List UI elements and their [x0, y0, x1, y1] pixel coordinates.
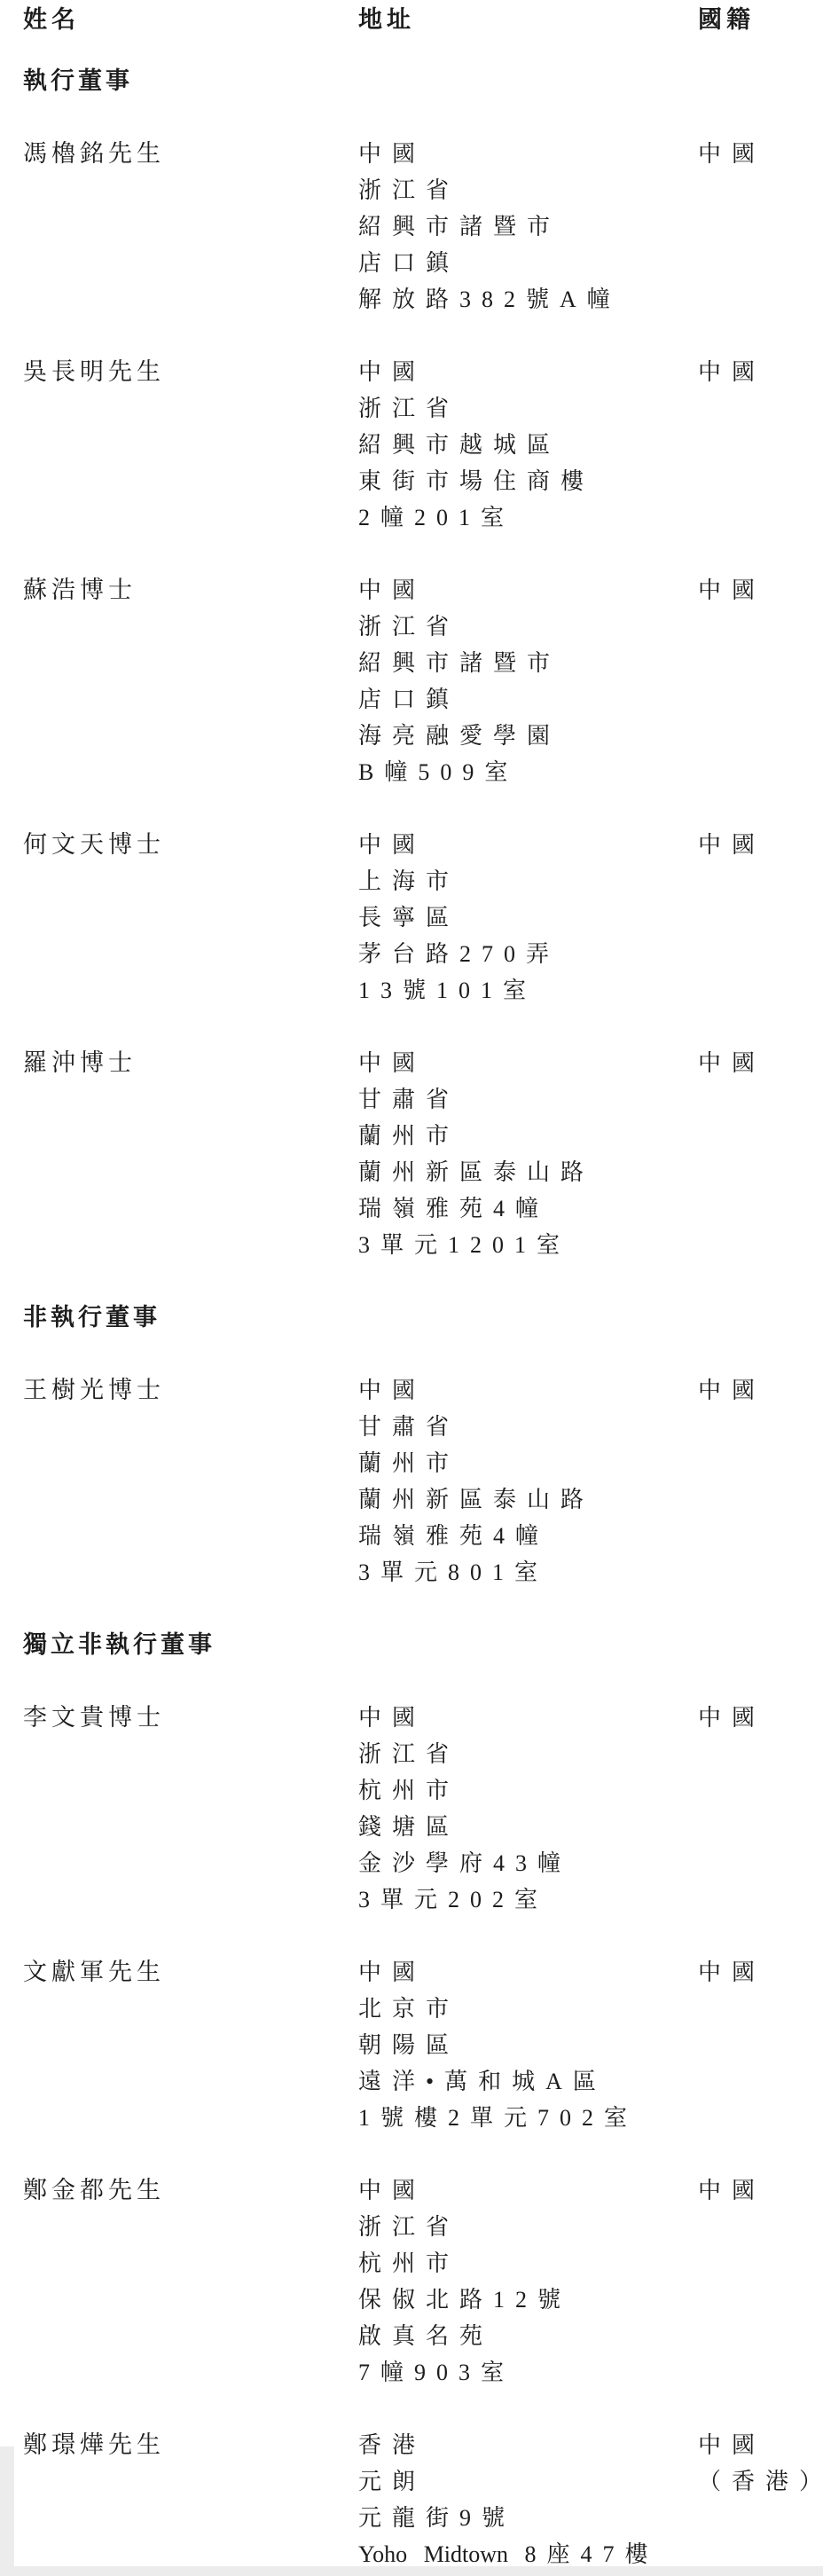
director-nationality: 中國: [698, 136, 823, 172]
director-name: 王樹光博士: [23, 1372, 358, 1409]
director-row: 蘇浩博士 中國浙江省紹興市諸暨市店口鎮海亮融愛學園B幢509室 中國: [23, 572, 823, 790]
address-line: 中國: [358, 1045, 698, 1081]
address-line: 茅台路270弄: [358, 936, 698, 972]
address-line: 浙江省: [358, 172, 698, 208]
director-name: 蘇浩博士: [23, 572, 358, 609]
director-section: 非執行董事 王樹光博士 中國甘肅省蘭州市蘭州新區泰山路瑞嶺雅苑4幢3單元801室…: [23, 1300, 823, 1590]
director-nationality: 中國: [698, 1045, 823, 1081]
director-nationality: 中國: [698, 2172, 823, 2209]
column-header-nationality: 國籍: [698, 2, 823, 38]
director-nationality: 中國: [698, 572, 823, 609]
director-row: 鄭璟燁先生 香港元朗元龍街9號Yoho Midtown 8座47樓 中國（香港）: [23, 2427, 823, 2572]
director-address: 中國北京市朝陽區遠洋•萬和城A區1號樓2單元702室: [358, 1954, 698, 2136]
director-nationality: 中國: [698, 1954, 823, 1991]
address-line: 朝陽區: [358, 2027, 698, 2063]
director-row: 吳長明先生 中國浙江省紹興市越城區東街市場住商樓2幢201室 中國: [23, 354, 823, 536]
director-name: 文獻軍先生: [23, 1954, 358, 1991]
address-line: 中國: [358, 136, 698, 172]
director-address: 中國甘肅省蘭州市蘭州新區泰山路瑞嶺雅苑4幢3單元1201室: [358, 1045, 698, 1263]
address-line: 1號樓2單元702室: [358, 2100, 698, 2136]
address-line: 杭州市: [358, 2245, 698, 2281]
director-address: 中國浙江省紹興市諸暨市店口鎮海亮融愛學園B幢509室: [358, 572, 698, 790]
address-line: 瑞嶺雅苑4幢: [358, 1190, 698, 1227]
director-nationality: 中國: [698, 827, 823, 863]
address-line: 解放路382號A幢: [358, 281, 698, 318]
director-nationality: 中國: [698, 1700, 823, 1736]
director-row: 馮櫓銘先生 中國浙江省紹興市諸暨市店口鎮解放路382號A幢 中國: [23, 136, 823, 318]
director-nationality: 中國（香港）: [698, 2427, 823, 2500]
director-name: 鄭璟燁先生: [23, 2427, 358, 2463]
latin-text: Yoho: [358, 2541, 407, 2567]
address-line: 元朗: [358, 2463, 698, 2500]
address-line: 紹興市越城區: [358, 427, 698, 463]
address-line: 3單元202室: [358, 1881, 698, 1918]
address-line: 店口鎮: [358, 245, 698, 281]
section-directors: 李文貴博士 中國浙江省杭州市錢塘區金沙學府43幢3單元202室 中國 文獻軍先生…: [23, 1700, 823, 2572]
column-header-name: 姓名: [23, 2, 358, 38]
address-line: 浙江省: [358, 390, 698, 427]
address-line: B幢509室: [358, 754, 698, 790]
address-line: 保俶北路12號: [358, 2281, 698, 2318]
director-address: 中國甘肅省蘭州市蘭州新區泰山路瑞嶺雅苑4幢3單元801室: [358, 1372, 698, 1590]
director-section: 獨立非執行董事 李文貴博士 中國浙江省杭州市錢塘區金沙學府43幢3單元202室 …: [23, 1627, 823, 2572]
address-line: 蘭州新區泰山路: [358, 1481, 698, 1518]
section-title: 非執行董事: [23, 1300, 823, 1336]
address-line: 中國: [358, 1700, 698, 1736]
address-line: 錢塘區: [358, 1809, 698, 1845]
page-edge-left: [0, 2446, 14, 2576]
address-line: 金沙學府43幢: [358, 1845, 698, 1881]
address-line: 香港: [358, 2427, 698, 2463]
address-line: 7幢903室: [358, 2354, 698, 2391]
address-line: 海亮融愛學園: [358, 718, 698, 754]
address-line: 遠洋•萬和城A區: [358, 2063, 698, 2100]
director-address: 中國浙江省杭州市保俶北路12號啟真名苑7幢903室: [358, 2172, 698, 2391]
address-line: 3單元1201室: [358, 1227, 698, 1263]
address-line: 店口鎮: [358, 681, 698, 718]
director-name: 吳長明先生: [23, 354, 358, 390]
address-line: 中國: [358, 827, 698, 863]
address-line: 2幢201室: [358, 499, 698, 536]
director-row: 李文貴博士 中國浙江省杭州市錢塘區金沙學府43幢3單元202室 中國: [23, 1700, 823, 1918]
address-line: 浙江省: [358, 1736, 698, 1772]
address-line: 北京市: [358, 1991, 698, 2027]
address-line: 中國: [358, 354, 698, 390]
director-address: 中國上海市長寧區茅台路270弄13號101室: [358, 827, 698, 1009]
sections-container: 執行董事 馮櫓銘先生 中國浙江省紹興市諸暨市店口鎮解放路382號A幢 中國 吳長…: [23, 63, 823, 2572]
director-name: 羅沖博士: [23, 1045, 358, 1081]
directors-table-page: 姓名 地址 國籍 執行董事 馮櫓銘先生 中國浙江省紹興市諸暨市店口鎮解放路382…: [0, 0, 823, 2572]
section-directors: 馮櫓銘先生 中國浙江省紹興市諸暨市店口鎮解放路382號A幢 中國 吳長明先生 中…: [23, 136, 823, 1263]
section-directors: 王樹光博士 中國甘肅省蘭州市蘭州新區泰山路瑞嶺雅苑4幢3單元801室 中國: [23, 1372, 823, 1590]
director-address: 中國浙江省紹興市諸暨市店口鎮解放路382號A幢: [358, 136, 698, 318]
column-header-address: 地址: [358, 2, 698, 38]
director-row: 文獻軍先生 中國北京市朝陽區遠洋•萬和城A區1號樓2單元702室 中國: [23, 1954, 823, 2136]
latin-text: Midtown: [424, 2541, 508, 2567]
address-line: 13號101室: [358, 972, 698, 1009]
address-line: 元龍街9號: [358, 2500, 698, 2536]
director-row: 羅沖博士 中國甘肅省蘭州市蘭州新區泰山路瑞嶺雅苑4幢3單元1201室 中國: [23, 1045, 823, 1263]
address-line: 浙江省: [358, 609, 698, 645]
director-name: 李文貴博士: [23, 1700, 358, 1736]
director-row: 鄭金都先生 中國浙江省杭州市保俶北路12號啟真名苑7幢903室 中國: [23, 2172, 823, 2391]
director-address: 中國浙江省紹興市越城區東街市場住商樓2幢201室: [358, 354, 698, 536]
table-header-row: 姓名 地址 國籍: [23, 2, 823, 38]
address-line: 紹興市諸暨市: [358, 645, 698, 681]
address-line: 甘肅省: [358, 1081, 698, 1118]
director-row: 何文天博士 中國上海市長寧區茅台路270弄13號101室 中國: [23, 827, 823, 1009]
address-line: 3單元801室: [358, 1554, 698, 1590]
address-line: 瑞嶺雅苑4幢: [358, 1518, 698, 1554]
address-line: 紹興市諸暨市: [358, 208, 698, 245]
address-line: 蘭州新區泰山路: [358, 1154, 698, 1190]
address-line: 蘭州市: [358, 1445, 698, 1481]
address-line: 啟真名苑: [358, 2318, 698, 2354]
section-title: 獨立非執行董事: [23, 1627, 823, 1663]
director-name: 鄭金都先生: [23, 2172, 358, 2209]
director-section: 執行董事 馮櫓銘先生 中國浙江省紹興市諸暨市店口鎮解放路382號A幢 中國 吳長…: [23, 63, 823, 1263]
director-nationality: 中國: [698, 1372, 823, 1409]
address-line: 中國: [358, 1372, 698, 1409]
address-line: 上海市: [358, 863, 698, 899]
address-line: 長寧區: [358, 899, 698, 936]
address-line: 中國: [358, 572, 698, 609]
address-line: 蘭州市: [358, 1118, 698, 1154]
director-name: 馮櫓銘先生: [23, 136, 358, 172]
director-address: 中國浙江省杭州市錢塘區金沙學府43幢3單元202室: [358, 1700, 698, 1918]
address-line: 東街市場住商樓: [358, 463, 698, 499]
address-line: 中國: [358, 2172, 698, 2209]
director-name: 何文天博士: [23, 827, 358, 863]
director-address: 香港元朗元龍街9號Yoho Midtown 8座47樓: [358, 2427, 698, 2572]
address-line: 中國: [358, 1954, 698, 1991]
page-edge-bottom: [0, 2566, 823, 2576]
address-line: 浙江省: [358, 2209, 698, 2245]
section-title: 執行董事: [23, 63, 823, 99]
address-line: 甘肅省: [358, 1409, 698, 1445]
address-line: 杭州市: [358, 1772, 698, 1809]
director-row: 王樹光博士 中國甘肅省蘭州市蘭州新區泰山路瑞嶺雅苑4幢3單元801室 中國: [23, 1372, 823, 1590]
director-nationality: 中國: [698, 354, 823, 390]
